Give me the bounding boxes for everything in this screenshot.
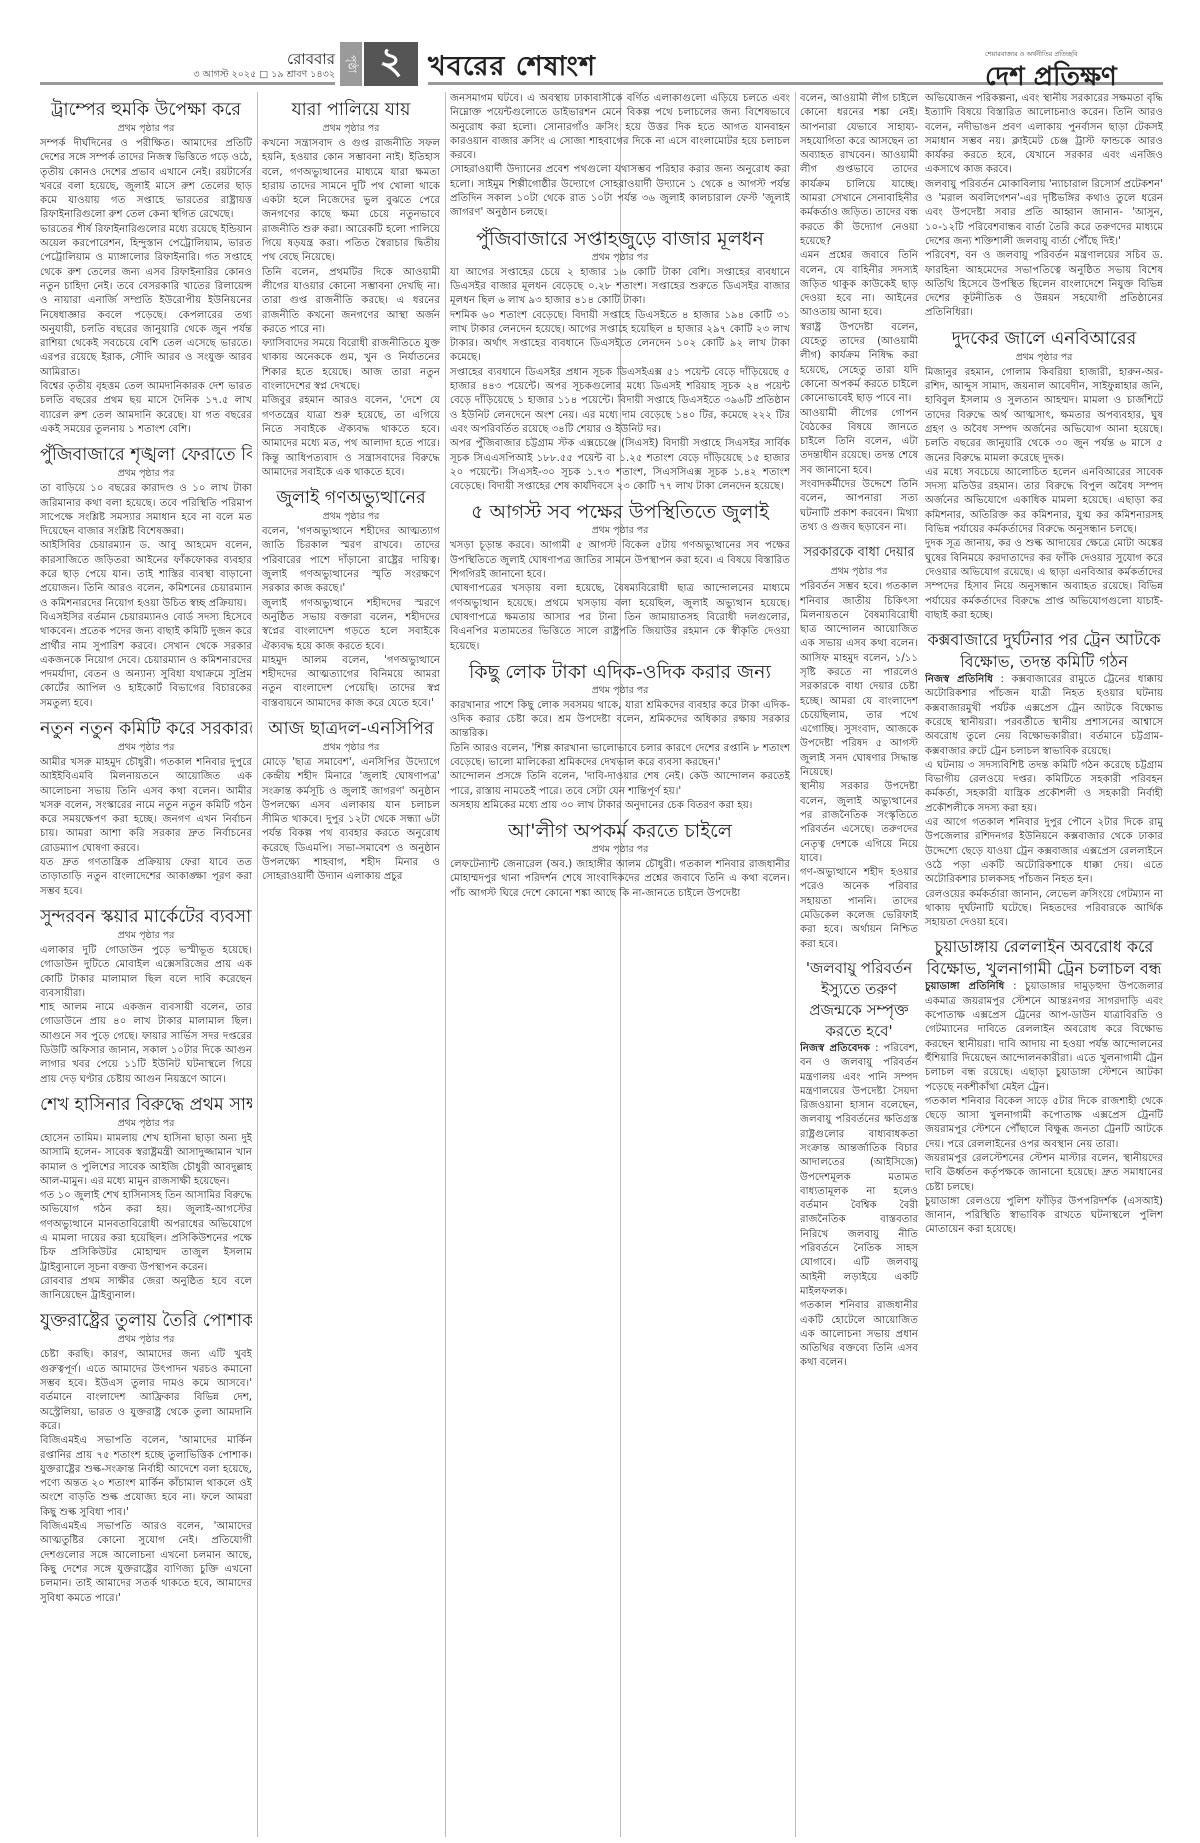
continued-label: প্রথম পৃষ্ঠার পর [262,510,440,523]
paragraph: আইসিবির চেয়ারম্যান ড. আবু আহমেদ বলেন, ক… [40,539,252,610]
continued-label: প্রথম পৃষ্ঠার পর [40,741,252,754]
article-flee: যারা পালিয়ে যায় প্রথম পৃষ্ঠার পর কখনো … [262,98,440,480]
paragraph: স্থানীয় সরকার উপদেষ্টা বলেন, জুলাই অভ্য… [800,780,918,866]
paragraph: গতকাল শনিবার বিকেল সাড়ে ৫টার দিকে রাজশা… [925,1095,1163,1152]
paragraph: গতকাল শনিবার রাজধানীর একটি হোটেলে আয়োজি… [800,1299,918,1370]
headline: আ'লীগ অপকর্ম করতে চাইলে [450,819,790,843]
paragraph: চেষ্টা করছি। কারণ, আমাদের জন্য এটি খুবই … [40,1348,252,1434]
paragraph: খসড়া চূড়ান্ত করবে। আগামী ৫ আগস্ট বিকেল… [450,539,790,582]
paragraph: মোড়ে 'ছাত্র সমাবেশ', এনসিপির উদ্যোগে কে… [262,756,440,885]
paragraph: কারখানার পাশে কিছু লোক সবসময় থাকে, যারা… [450,699,790,742]
continued-label: প্রথম পৃষ্ঠার পর [262,122,440,135]
article-climate-youth: 'জলবায়ু পরিবর্তন ইস্যুতে তরুণ প্রজন্মকে… [800,958,918,1371]
paragraph: ঘোষণাপত্রের খসড়ায় বলা হয়েছে, বৈষম্যবি… [450,582,790,653]
paragraph: গত ১০ জুলাই শেখ হাসিনাসহ তিন আসামির বিরু… [40,1189,252,1275]
paragraph: কখনো সন্ত্রাসবাদ ও গুপ্ত রাজনীতি সফল হয়… [262,137,440,266]
column-divider [257,92,258,1837]
article-trump: ট্রাম্পের হুমকি উপেক্ষা করে প্রথম পৃষ্ঠা… [40,98,252,437]
paragraph: যত দ্রুত গণতান্ত্রিক প্রক্রিয়ায় ফেরা য… [40,856,252,899]
continued-label: প্রথম পৃষ্ঠার পর [800,565,918,578]
headline: কিছু লোক টাকা এদিক-ওদিক করার জন্য [450,660,790,684]
paragraph: বিজিএমইএ সভাপতি বলেন, 'আমাদের মার্কিন রপ… [40,1434,252,1520]
paragraph: পরিবর্তন সম্ভব হবে। গতকাল শনিবার জাতীয় … [800,580,918,780]
continued-label: প্রথম পৃষ্ঠার পর [450,251,790,264]
headline: ৫ আগস্ট সব পক্ষের উপস্থিতিতে জুলাই [450,500,790,524]
paragraph: চুয়াডাঙ্গা রেলওয়ে পুলিশ ফাঁড়ির উপপরিদ… [925,1195,1163,1238]
article-money: কিছু লোক টাকা এদিক-ওদিক করার জন্য প্রথম … [450,660,790,813]
article-awami-league: আ'লীগ অপকর্ম করতে চাইলে প্রথম পৃষ্ঠার পর… [450,819,790,901]
paragraph: অসহায় শ্রমিকের মধ্যে প্রায় ৩০ লাখ টাকা… [450,799,790,813]
article-chuadanga-rail: চুয়াডাঙ্গায় রেললাইন অবরোধ করে বিক্ষোভ,… [925,936,1163,1237]
continued-label: প্রথম পৃষ্ঠার পর [40,929,252,942]
headline: সরকারকে বাধা দেয়ার [800,541,918,565]
paragraph: যা আগের সপ্তাহের চেয়ে ২ হাজার ১৬ কোটি ট… [450,266,790,309]
paragraph: বলেন, আওয়ামী লীগ চাইলে কোনো ধরনের শঙ্কা… [800,92,918,249]
continued-label: প্রথম পৃষ্ঠার পর [450,524,790,537]
article-sundarban: সুন্দরবন স্কয়ার মার্কেটের ব্যবসায়ীদের … [40,905,252,1087]
paragraph: এমন প্রশ্নের জবাবে তিনি বলেন, যে বাহিনীর… [800,249,918,320]
paragraph: তিনি আরও বলেন, 'শিল্প কারখানা ভালোভাবে চ… [450,742,790,771]
paragraph: এলাকার দুটি গোডাউন পুড়ে ভস্মীভূত হয়েছে… [40,944,252,1001]
paragraph: সোহরাওয়ার্দী উদ্যানের প্রবেশ পথগুলো যথা… [450,163,790,220]
continued-label: প্রথম পৃষ্ঠার পর [40,1333,252,1346]
headline: দুদকের জালে এনবিআরের [925,327,1163,351]
paragraph: বিএসইসির বর্তমান চেয়ারম্যানও বোর্ড সদস্… [40,611,252,711]
byline: চুয়াডাঙ্গা প্রতিনিধি [925,981,1004,992]
article-awami-cont: বলেন, আওয়ামী লীগ চাইলে কোনো ধরনের শঙ্কা… [800,92,918,535]
article-august-5: ৫ আগস্ট সব পক্ষের উপস্থিতিতে জুলাই প্রথম… [450,500,790,653]
paragraph: তা বাড়িয়ে ১০ বছরের কারাদণ্ড ও ১০ লাখ ট… [40,482,252,539]
paragraph: কক্সবাজারের রামুতে ট্রেনের ধাক্কায় অটোর… [925,674,1163,756]
paragraph: সপ্তাহের ব্যবধানে ডিএসইর প্রধান সূচক ডিএ… [450,366,790,437]
paragraph: আমীর খসরু মাহমুদ চৌধুরী। গতকাল শনিবার দু… [40,756,252,856]
paragraph: ফ্যাসিবাদের সময়ে বিরোধী রাজনীতিতে যুক্ত… [262,337,440,394]
continued-label: প্রথম পৃষ্ঠার পর [450,684,790,697]
headline: ট্রাম্পের হুমকি উপেক্ষা করে [40,98,252,122]
header-rule-left [40,82,335,85]
paragraph: ভারতের শীর্ষ রিফাইনারিগুলোর মধ্যে রয়েছে… [40,223,252,380]
paragraph: অপর পুঁজিবাজার চট্টগ্রাম স্টক এক্সচেঞ্জে… [450,437,790,494]
byline: নিজস্ব প্রতিনিধি [925,674,993,685]
byline: নিজস্ব প্রতিবেদক [800,1043,870,1054]
headline: পুঁজিবাজারে শৃঙ্খলা ফেরাতে বিএসইসি [40,443,252,467]
article-coxsbazar-train: কক্সবাজারে দুর্ঘটনার পর ট্রেন আটকে বিক্ষ… [925,629,1163,930]
paragraph: জনসমাগম ঘটবে। এ অবস্থায় ঢাকাবাসীকে বর্ণ… [450,92,790,163]
paragraph: পরিবেশ, বন ও জলবায়ু পরিবর্তন মন্ত্রণালয… [925,249,1163,320]
article-nbr-acc: দুদকের জালে এনবিআরের প্রথম পৃষ্ঠার পর মি… [925,327,1163,623]
paragraph: লেফটেন্যান্ট জেনারেল (অব.) জাহাঙ্গীর আলম… [450,858,790,901]
paragraph: বিজিএমইএ সভাপতি আরও বলেন, 'আমাদের আত্মতু… [40,1520,252,1606]
headline: শেখ হাসিনার বিরুদ্ধে প্রথম সাক্ষ্যগ্রহণ [40,1093,252,1117]
headline: পুঁজিবাজারে সপ্তাহজুড়ে বাজার মূলধন [450,227,790,251]
continued-label: প্রথম পৃষ্ঠার পর [262,741,440,754]
publication-date: ৩ আগস্ট ২০২৫ □ ১৯ শ্রাবণ ১৪৩২ [140,68,335,82]
paragraph: আন্দোলন প্রসঙ্গে তিনি বলেন, 'দাবি-দাওয়া… [450,770,790,799]
paragraph: এর মধ্যে সবচেয়ে আলোচিত হলেন এনবিআরের সা… [925,466,1163,537]
article-obstruct-govt: সরকারকে বাধা দেয়ার প্রথম পৃষ্ঠার পর পরি… [800,541,918,952]
paragraph: মাহমুদ আলম বলেন, 'গণঅভ্যুত্থানে শহীদদের … [262,654,440,711]
paragraph: তিনি বলেন, প্রথমটির দিকে আওয়ামী লীগের য… [262,266,440,337]
page-number: ২ [364,42,418,86]
article-bsec: পুঁজিবাজারে শৃঙ্খলা ফেরাতে বিএসইসি প্রথম… [40,443,252,711]
paragraph: বিশ্বের তৃতীয় বৃহত্তম তেল আমদানিকারক দে… [40,380,252,437]
weekday: রোববার [140,50,335,68]
paragraph: এর আগে গতকাল শনিবার দুপুর পৌনে ২টার দিকে… [925,816,1163,887]
article-climate-cont: অভিযোজন পরিকল্পনা, এবং স্থানীয় সরকারের … [925,92,1163,321]
column-divider [445,92,446,1837]
continued-label: প্রথম পৃষ্ঠার পর [925,351,1163,364]
paragraph: আওয়ামী লীগের গোপন বৈঠকের বিষয়ে জানতে চ… [800,407,918,478]
headline: কক্সবাজারে দুর্ঘটনার পর ট্রেন আটকে বিক্ষ… [925,629,1163,673]
paragraph: দশমিক ৬০ শতাংশ বেড়েছে। বিদায়ী সপ্তাহে … [450,309,790,366]
article-chhatradal-ncp: আজ ছাত্রদল-এনসিপির প্রথম পৃষ্ঠার পর মোড়… [262,717,440,885]
paragraph: জুলাই গণঅভ্যুত্থানে শহীদদের স্মরণে অনুষ্… [262,597,440,654]
article-stock-market-capital: জনসমাগম ঘটবে। এ অবস্থায় ঢাকাবাসীকে বর্ণ… [450,92,790,494]
paragraph: স্বরাষ্ট্র উপদেষ্টা বলেন, যেহেতু তাদের (… [800,321,918,407]
paragraph: শাহ আলম নামে একজন ব্যবসায়ী বলেন, তার গো… [40,1001,252,1087]
date-block: রোববার ৩ আগস্ট ২০২৫ □ ১৯ শ্রাবণ ১৪৩২ [140,50,335,82]
paragraph: রেলওয়ের কর্মকর্তারা জানান, লেভেল ক্রসিং… [925,888,1163,931]
headline: চুয়াডাঙ্গায় রেললাইন অবরোধ করে বিক্ষোভ,… [925,936,1163,980]
column-divider [795,92,796,1837]
column-5: অভিযোজন পরিকল্পনা, এবং স্থানীয় সরকারের … [925,92,1163,1837]
continued-label: প্রথম পৃষ্ঠার পর [450,843,790,856]
paragraph: দুদক সূত্র জানায়, কর ও শুল্ক আদায়ের ক্… [925,537,1163,623]
paragraph: জয়রামপুর রেলস্টেশনের স্টেশন মাস্টার বলে… [925,1152,1163,1195]
headline: আজ ছাত্রদল-এনসিপির [262,717,440,741]
column-3: জনসমাগম ঘটবে। এ অবস্থায় ঢাকাবাসীকে বর্ণ… [450,92,790,1837]
paragraph: অভিযোজন পরিকল্পনা, এবং স্থানীয় সরকারের … [925,92,1163,178]
paragraph: মজিবুর রহমান আরও বলেন, 'দেশে যে গণতন্ত্র… [262,394,440,480]
paragraph: জলবায়ু পরিবর্তন মোকাবিলায় 'ন্যাচারাল র… [925,178,1163,249]
article-hasina: শেখ হাসিনার বিরুদ্ধে প্রথম সাক্ষ্যগ্রহণ … [40,1093,252,1304]
paragraph: গণ-অভ্যুত্থানে শহীদ হওয়ার পরেও অনেক পরি… [800,866,918,952]
paragraph: চুয়াডাঙ্গার দামুড়হুদা উপজেলার একমাত্র … [925,981,1163,1092]
column-2: যারা পালিয়ে যায় প্রথম পৃষ্ঠার পর কখনো … [262,92,440,1837]
headline: জুলাই গণঅভ্যুত্থানের [262,486,440,510]
article-cotton: যুক্তরাষ্ট্রের তুলায় তৈরি পোশাক প্রথম প… [40,1309,252,1605]
paragraph: সংবাদকর্মীদের উদ্দেশে তিনি বলেন, আপনারা … [800,478,918,535]
paragraph: এ ঘটনায় ৩ সদস্যবিশিষ্ট তদন্ত কমিটি গঠন … [925,759,1163,816]
headline: যুক্তরাষ্ট্রের তুলায় তৈরি পোশাক [40,1309,252,1333]
paragraph: মিজানুর রহমান, গোলাম কিবরিয়া হাজারী, হা… [925,366,1163,466]
headline: নতুন নতুন কমিটি করে সরকারকে [40,717,252,741]
headline: 'জলবায়ু পরিবর্তন ইস্যুতে তরুণ প্রজন্মকে… [800,958,918,1042]
article-july-uprising: জুলাই গণঅভ্যুত্থানের প্রথম পৃষ্ঠার পর বল… [262,486,440,711]
column-1: ট্রাম্পের হুমকি উপেক্ষা করে প্রথম পৃষ্ঠা… [40,92,252,1837]
paragraph: পরিবেশ, বন ও জলবায়ু পরিবর্তন মন্ত্রণালয… [800,1043,918,1297]
paragraph: বলেন, 'গণঅভ্যুত্থানে শহীদের আত্মত্যাগ জা… [262,525,440,596]
headline: যারা পালিয়ে যায় [262,98,440,122]
continued-label: প্রথম পৃষ্ঠার পর [40,1117,252,1130]
continued-label: প্রথম পৃষ্ঠার পর [40,122,252,135]
continued-label: প্রথম পৃষ্ঠার পর [40,467,252,480]
headline: সুন্দরবন স্কয়ার মার্কেটের ব্যবসায়ীদের [40,905,252,929]
paragraph: রোববার প্রথম সাক্ষীর জেরা অনুষ্ঠিত হবে ব… [40,1275,252,1304]
paragraph: হোসেন তামিম। মামলায় শেখ হাসিনা ছাড়া অন… [40,1132,252,1189]
column-4: বলেন, আওয়ামী লীগ চাইলে কোনো ধরনের শঙ্কা… [800,92,918,1837]
paragraph: সম্পর্ক দীর্ঘদিনের ও পরীক্ষিত। আমাদের প্… [40,137,252,223]
article-committee: নতুন নতুন কমিটি করে সরকারকে প্রথম পৃষ্ঠা… [40,717,252,899]
page-label: পৃষ্ঠা [340,42,362,86]
